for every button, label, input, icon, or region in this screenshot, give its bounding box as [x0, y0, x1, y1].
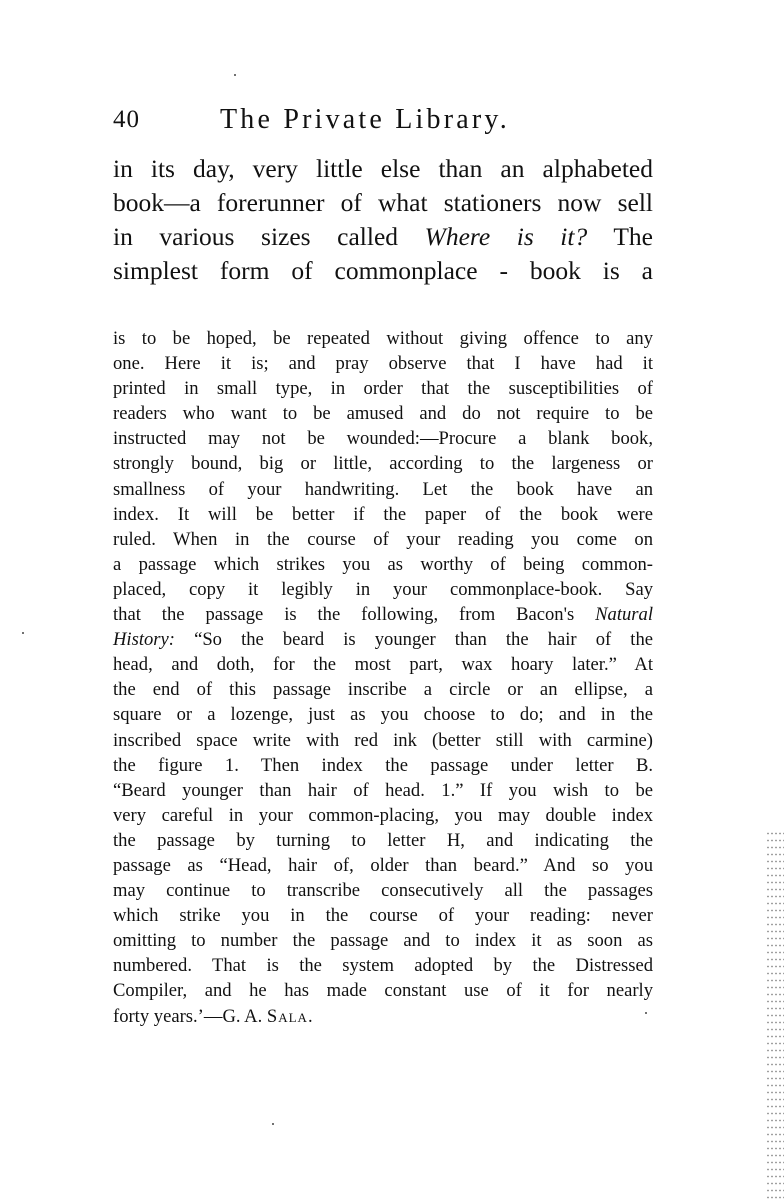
footnote-line: ruled. When in the course of your readin… — [113, 527, 653, 552]
footnote-line: omitting to number the passage and to in… — [113, 928, 653, 953]
footnote-text-fragment: that the passage is the following, from … — [113, 604, 595, 625]
scan-dust-dot — [645, 1012, 647, 1014]
footnote-line: that the passage is the following, from … — [113, 602, 653, 627]
footnote-line: very careful in your common-placing, you… — [113, 803, 653, 828]
body-line: in its day, very little else than an alp… — [113, 152, 653, 186]
footnote-line: strongly bound, big or little, according… — [113, 451, 653, 476]
footnote-line: index. It will be better if the paper of… — [113, 502, 653, 527]
italic-title: History: — [113, 629, 175, 650]
footnote-line: smallness of your handwriting. Let the b… — [113, 477, 653, 502]
body-text-fragment: in various sizes called — [113, 222, 425, 251]
author-signature: Sala. — [267, 1006, 314, 1027]
running-head: 40 The Private Library. — [113, 104, 653, 138]
footnote-line: inscribed space write with red ink (bett… — [113, 728, 653, 753]
footnote-line: one. Here it is; and pray observe that I… — [113, 351, 653, 376]
italic-title: Where is it? — [425, 222, 588, 251]
footnote-line: a passage which strikes you as worthy of… — [113, 552, 653, 577]
footnote-line: printed in small type, in order that the… — [113, 376, 653, 401]
page-number: 40 — [113, 106, 140, 134]
footnote-line: which strike you in the course of your r… — [113, 903, 653, 928]
scan-dust-dot — [234, 74, 236, 76]
footnote-line: passage as “Head, hair of, older than be… — [113, 853, 653, 878]
footnote-line: the end of this passage inscribe a circl… — [113, 677, 653, 702]
footnote-line: Compiler, and he has made constant use o… — [113, 978, 653, 1003]
footnote-line: the passage by turning to letter H, and … — [113, 828, 653, 853]
footnote-line: the figure 1. Then index the passage und… — [113, 753, 653, 778]
book-page: 40 The Private Library. in its day, very… — [0, 0, 784, 1200]
main-body-text: in its day, very little else than an alp… — [113, 152, 653, 288]
body-line: simplest form of commonplace - book is a — [113, 254, 653, 288]
footnote-line: readers who want to be amused and do not… — [113, 401, 653, 426]
italic-title: Natural — [595, 604, 653, 625]
footnote-line: placed, copy it legibly in your commonpl… — [113, 577, 653, 602]
footnote-text-fragment: forty years.’—G. A. — [113, 1006, 267, 1027]
body-line: book—a forerunner of what stationers now… — [113, 186, 653, 220]
scan-dust-dot — [22, 632, 24, 634]
footnote-line: head, and doth, for the most part, wax h… — [113, 652, 653, 677]
footnote-line: numbered. That is the system adopted by … — [113, 953, 653, 978]
running-title: The Private Library. — [220, 104, 510, 136]
footnote-line: square or a lozenge, just as you choose … — [113, 702, 653, 727]
footnote-quotation: is to be hoped, be repeated without givi… — [113, 326, 653, 1029]
scan-dust-dot — [272, 1123, 274, 1125]
footnote-line: is to be hoped, be repeated without givi… — [113, 326, 653, 351]
scan-edge-speckle — [766, 830, 784, 1200]
footnote-text-fragment: “So the beard is younger than the hair o… — [175, 629, 653, 650]
footnote-line: History: “So the beard is younger than t… — [113, 627, 653, 652]
footnote-line: instructed may not be wounded:—Procure a… — [113, 426, 653, 451]
body-text-fragment: The — [587, 222, 653, 251]
footnote-line: “Beard younger than hair of head. 1.” If… — [113, 778, 653, 803]
footnote-line: forty years.’—G. A. Sala. — [113, 1004, 653, 1029]
body-line: in various sizes called Where is it? The — [113, 220, 653, 254]
footnote-line: may continue to transcribe consecutively… — [113, 878, 653, 903]
